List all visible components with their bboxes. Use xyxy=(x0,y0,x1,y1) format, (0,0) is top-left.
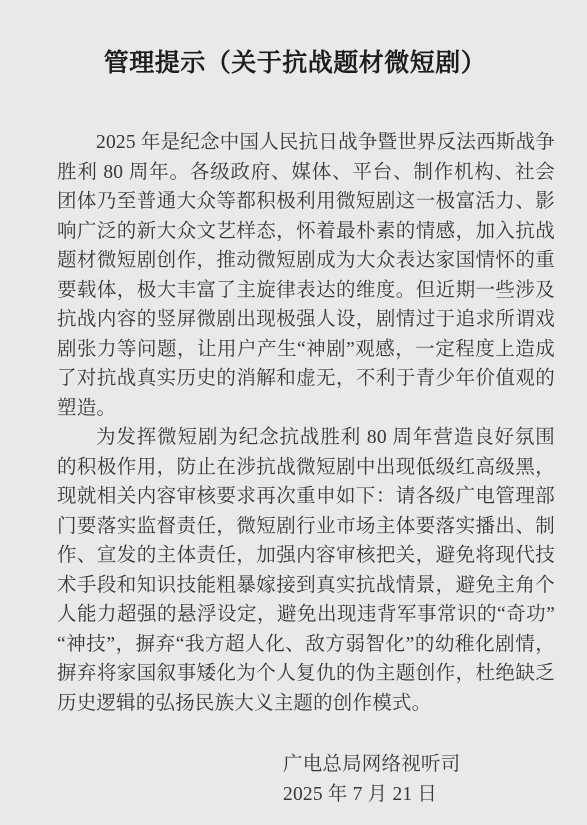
document-page: 管理提示（关于抗战题材微短剧） 2025 年是纪念中国人民抗日战争暨世界反法西斯… xyxy=(0,0,587,825)
signature-date: 2025 年 7 月 21 日 xyxy=(283,780,555,810)
page-title: 管理提示（关于抗战题材微短剧） xyxy=(46,46,544,82)
paragraph-1: 2025 年是纪念中国人民抗日战争暨世界反法西斯战争胜利 80 周年。各级政府、… xyxy=(57,128,555,423)
document-body: 2025 年是纪念中国人民抗日战争暨世界反法西斯战争胜利 80 周年。各级政府、… xyxy=(57,128,555,809)
signature-block: 广电总局网络视听司 2025 年 7 月 21 日 xyxy=(283,750,555,809)
paragraph-2: 为发挥微短剧为纪念抗战胜利 80 周年营造良好氛围的积极作用，防止在涉抗战微短剧… xyxy=(57,423,555,718)
signature-issuer: 广电总局网络视听司 xyxy=(283,750,555,780)
